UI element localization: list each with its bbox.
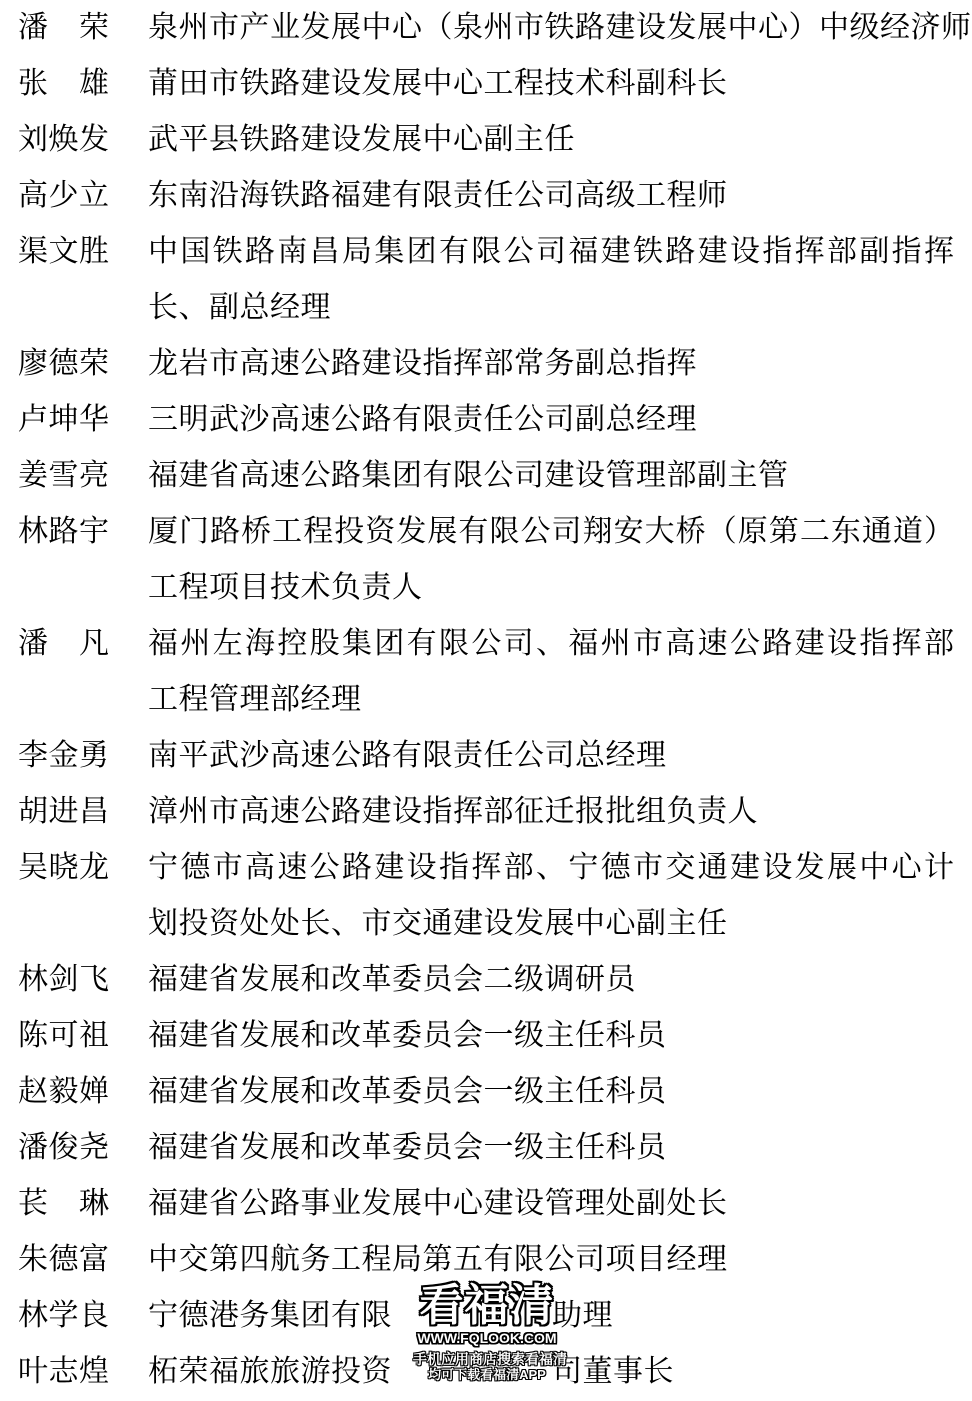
position-line-suffix: 助理 [552,1288,613,1344]
person-name: 潘 凡 [0,616,148,672]
person-name: 卢坤华 [0,392,148,448]
position-line: 工程管理部经理 [148,672,972,728]
position-line: 泉州市产业发展中心（泉州市铁路建设发展中心）中级经济师 [148,0,972,56]
position-title: 福建省发展和改革委员会二级调研员 [148,952,972,1008]
position-line: 福建省发展和改革委员会一级主任科员 [148,1120,972,1176]
roster-row: 朱德富中交第四航务工程局第五有限公司项目经理 [0,1232,972,1288]
position-title: 福建省发展和改革委员会一级主任科员 [148,1008,972,1064]
person-name: 姜雪亮 [0,448,148,504]
person-name: 张 雄 [0,56,148,112]
position-title: 福建省高速公路集团有限公司建设管理部副主管 [148,448,972,504]
person-name: 潘俊尧 [0,1120,148,1176]
position-line: 福建省公路事业发展中心建设管理处副处长 [148,1176,972,1232]
person-name: 刘焕发 [0,112,148,168]
position-line-prefix: 宁德港务集团有限 [148,1288,392,1344]
roster-row: 姜雪亮福建省高速公路集团有限公司建设管理部副主管 [0,448,972,504]
roster-row: 胡进昌漳州市高速公路建设指挥部征迁报批组负责人 [0,784,972,840]
person-name: 吴晓龙 [0,840,148,896]
roster-row: 渠文胜中国铁路南昌局集团有限公司福建铁路建设指挥部副指挥长、副总经理 [0,224,972,336]
position-line: 莆田市铁路建设发展中心工程技术科副科长 [148,56,972,112]
person-name: 李金勇 [0,728,148,784]
person-name: 林路宇 [0,504,148,560]
position-line: 长、副总经理 [148,280,972,336]
position-line: 宁德港务集团有限助理 [148,1288,972,1344]
roster-row: 潘俊尧福建省发展和改革委员会一级主任科员 [0,1120,972,1176]
roster-row: 陈可祖福建省发展和改革委员会一级主任科员 [0,1008,972,1064]
roster-row: 苌 琳福建省公路事业发展中心建设管理处副处长 [0,1176,972,1232]
position-line: 福建省高速公路集团有限公司建设管理部副主管 [148,448,972,504]
roster-row: 赵毅婵福建省发展和改革委员会一级主任科员 [0,1064,972,1120]
roster-row: 叶志煌柘荣福旅旅游投资司董事长 [0,1344,972,1400]
position-title: 福建省发展和改革委员会一级主任科员 [148,1120,972,1176]
roster-row: 林剑飞福建省发展和改革委员会二级调研员 [0,952,972,1008]
position-title: 莆田市铁路建设发展中心工程技术科副科长 [148,56,972,112]
position-line: 中国铁路南昌局集团有限公司福建铁路建设指挥部副指挥 [148,224,954,280]
position-line: 福建省发展和改革委员会一级主任科员 [148,1064,972,1120]
position-line: 南平武沙高速公路有限责任公司总经理 [148,728,972,784]
position-line: 工程项目技术负责人 [148,560,972,616]
position-line: 漳州市高速公路建设指挥部征迁报批组负责人 [148,784,972,840]
person-name: 潘 荣 [0,0,148,56]
person-name: 林学良 [0,1288,148,1344]
roster-row: 潘 凡福州左海控股集团有限公司、福州市高速公路建设指挥部工程管理部经理 [0,616,972,728]
position-title: 中国铁路南昌局集团有限公司福建铁路建设指挥部副指挥长、副总经理 [148,224,972,336]
watermark-covered-gap [392,1288,552,1344]
position-line: 武平县铁路建设发展中心副主任 [148,112,972,168]
document-page: 潘 荣泉州市产业发展中心（泉州市铁路建设发展中心）中级经济师张 雄莆田市铁路建设… [0,0,972,1401]
roster-row: 刘焕发武平县铁路建设发展中心副主任 [0,112,972,168]
position-line: 三明武沙高速公路有限责任公司副总经理 [148,392,972,448]
position-line: 福建省发展和改革委员会二级调研员 [148,952,972,1008]
position-line: 中交第四航务工程局第五有限公司项目经理 [148,1232,972,1288]
person-name: 高少立 [0,168,148,224]
position-title: 南平武沙高速公路有限责任公司总经理 [148,728,972,784]
person-name: 林剑飞 [0,952,148,1008]
position-title: 泉州市产业发展中心（泉州市铁路建设发展中心）中级经济师 [148,0,972,56]
position-line: 划投资处处长、市交通建设发展中心副主任 [148,896,972,952]
position-title: 中交第四航务工程局第五有限公司项目经理 [148,1232,972,1288]
position-title: 漳州市高速公路建设指挥部征迁报批组负责人 [148,784,972,840]
person-name: 叶志煌 [0,1344,148,1400]
person-name: 渠文胜 [0,224,148,280]
person-name: 廖德荣 [0,336,148,392]
position-line: 宁德市高速公路建设指挥部、宁德市交通建设发展中心计 [148,840,954,896]
watermark-covered-gap [392,1344,552,1400]
roster-row: 卢坤华三明武沙高速公路有限责任公司副总经理 [0,392,972,448]
person-name: 苌 琳 [0,1176,148,1232]
position-line: 龙岩市高速公路建设指挥部常务副总指挥 [148,336,972,392]
position-line: 福建省发展和改革委员会一级主任科员 [148,1008,972,1064]
person-name: 朱德富 [0,1232,148,1288]
roster-row: 林路宇厦门路桥工程投资发展有限公司翔安大桥（原第二东通道）工程项目技术负责人 [0,504,972,616]
position-title: 厦门路桥工程投资发展有限公司翔安大桥（原第二东通道）工程项目技术负责人 [148,504,972,616]
roster-row: 李金勇南平武沙高速公路有限责任公司总经理 [0,728,972,784]
position-title: 宁德港务集团有限助理 [148,1288,972,1344]
position-title: 武平县铁路建设发展中心副主任 [148,112,972,168]
person-name: 胡进昌 [0,784,148,840]
person-name: 赵毅婵 [0,1064,148,1120]
roster-row: 廖德荣龙岩市高速公路建设指挥部常务副总指挥 [0,336,972,392]
position-line: 柘荣福旅旅游投资司董事长 [148,1344,972,1400]
position-title: 宁德市高速公路建设指挥部、宁德市交通建设发展中心计划投资处处长、市交通建设发展中… [148,840,972,952]
position-line: 福州左海控股集团有限公司、福州市高速公路建设指挥部 [148,616,954,672]
position-line-suffix: 司董事长 [552,1344,674,1400]
roster-row: 潘 荣泉州市产业发展中心（泉州市铁路建设发展中心）中级经济师 [0,0,972,56]
roster: 潘 荣泉州市产业发展中心（泉州市铁路建设发展中心）中级经济师张 雄莆田市铁路建设… [0,0,972,1400]
roster-row: 吴晓龙宁德市高速公路建设指挥部、宁德市交通建设发展中心计划投资处处长、市交通建设… [0,840,972,952]
position-line: 厦门路桥工程投资发展有限公司翔安大桥（原第二东通道） [148,504,954,560]
position-title: 福建省发展和改革委员会一级主任科员 [148,1064,972,1120]
position-title: 三明武沙高速公路有限责任公司副总经理 [148,392,972,448]
roster-row: 张 雄莆田市铁路建设发展中心工程技术科副科长 [0,56,972,112]
position-title: 龙岩市高速公路建设指挥部常务副总指挥 [148,336,972,392]
position-line: 东南沿海铁路福建有限责任公司高级工程师 [148,168,972,224]
roster-row: 林学良宁德港务集团有限助理 [0,1288,972,1344]
position-title: 柘荣福旅旅游投资司董事长 [148,1344,972,1400]
roster-row: 高少立东南沿海铁路福建有限责任公司高级工程师 [0,168,972,224]
position-title: 福州左海控股集团有限公司、福州市高速公路建设指挥部工程管理部经理 [148,616,972,728]
person-name: 陈可祖 [0,1008,148,1064]
position-title: 福建省公路事业发展中心建设管理处副处长 [148,1176,972,1232]
position-line-prefix: 柘荣福旅旅游投资 [148,1344,392,1400]
position-title: 东南沿海铁路福建有限责任公司高级工程师 [148,168,972,224]
